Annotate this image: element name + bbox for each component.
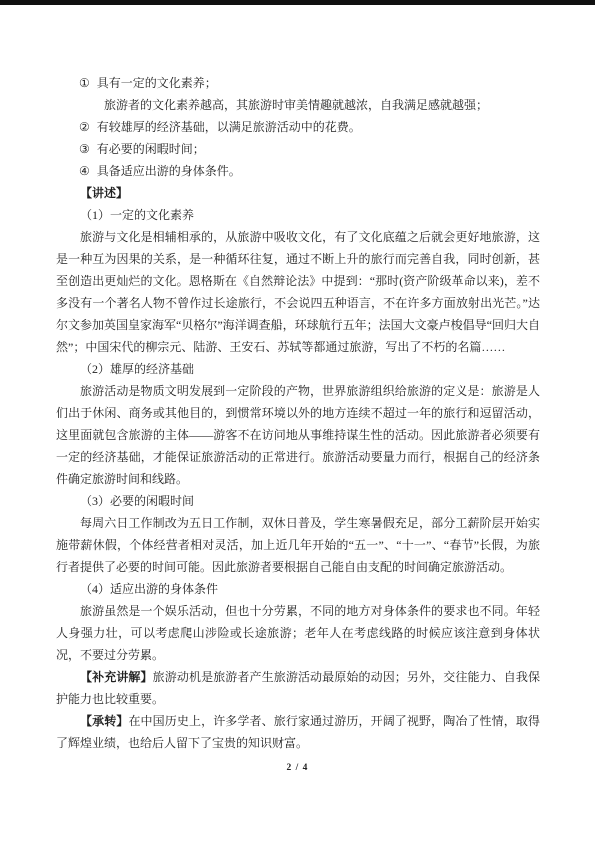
list-item-1-text: 具有一定的文化素养； — [97, 76, 217, 90]
transition-text: 在中国历史上，许多学者、旅行家通过游历，开阔了视野，陶冶了性情，取得了辉煌业绩，… — [56, 714, 540, 750]
supplement-note: 【补充讲解】旅游动机是旅游者产生旅游活动最原始的动因；另外，交往能力、自我保护能… — [56, 666, 540, 710]
list-item-2: ②有较雄厚的经济基础，以满足旅游活动中的花费。 — [56, 116, 540, 138]
circled-number-2: ② — [79, 120, 90, 134]
section-2-paragraph: 旅游活动是物质文明发展到一定阶段的产物，世界旅游组织给旅游的定义是：旅游是人们出… — [56, 380, 540, 490]
section-3-paragraph: 每周六日工作制改为五日工作制，双休日普及，学生寒暑假充足，部分工薪阶层开始实施带… — [56, 512, 540, 578]
circled-number-4: ④ — [79, 164, 90, 178]
list-item-2-text: 有较雄厚的经济基础，以满足旅游活动中的花费。 — [97, 120, 361, 134]
document-page: { "page": { "footer": "2 / 4" }, "conten… — [0, 0, 595, 841]
list-item-1: ①具有一定的文化素养； — [56, 72, 540, 94]
lecture-tag: 【讲述】 — [56, 182, 540, 204]
section-1-heading: （1）一定的文化素养 — [56, 204, 540, 226]
circled-number-1: ① — [79, 76, 90, 90]
section-4-heading: （4）适应出游的身体条件 — [56, 578, 540, 600]
section-2-heading: （2）雄厚的经济基础 — [56, 358, 540, 380]
list-item-4: ④具备适应出游的身体条件。 — [56, 160, 540, 182]
list-item-1-subtext: 旅游者的文化素养越高，其旅游时审美情趣就越浓，自我满足感就越强； — [56, 94, 540, 116]
list-item-3: ③有必要的闲暇时间； — [56, 138, 540, 160]
section-3-heading: （3）必要的闲暇时间 — [56, 490, 540, 512]
supplement-tag: 【补充讲解】 — [80, 670, 153, 684]
section-4-paragraph: 旅游虽然是一个娱乐活动，但也十分劳累，不同的地方对身体条件的要求也不同。年轻人身… — [56, 600, 540, 666]
document-body: ①具有一定的文化素养； 旅游者的文化素养越高，其旅游时审美情趣就越浓，自我满足感… — [56, 0, 540, 754]
page-number: 2 / 4 — [0, 763, 595, 773]
section-1-paragraph: 旅游与文化是相辅相承的，从旅游中吸收文化，有了文化底蕴之后就会更好地旅游，这是一… — [56, 226, 540, 358]
list-item-3-text: 有必要的闲暇时间； — [97, 142, 205, 156]
transition-tag: 【承转】 — [80, 714, 128, 728]
transition-note: 【承转】在中国历史上，许多学者、旅行家通过游历，开阔了视野，陶冶了性情，取得了辉… — [56, 710, 540, 754]
list-item-4-text: 具备适应出游的身体条件。 — [97, 164, 241, 178]
circled-number-3: ③ — [79, 142, 90, 156]
